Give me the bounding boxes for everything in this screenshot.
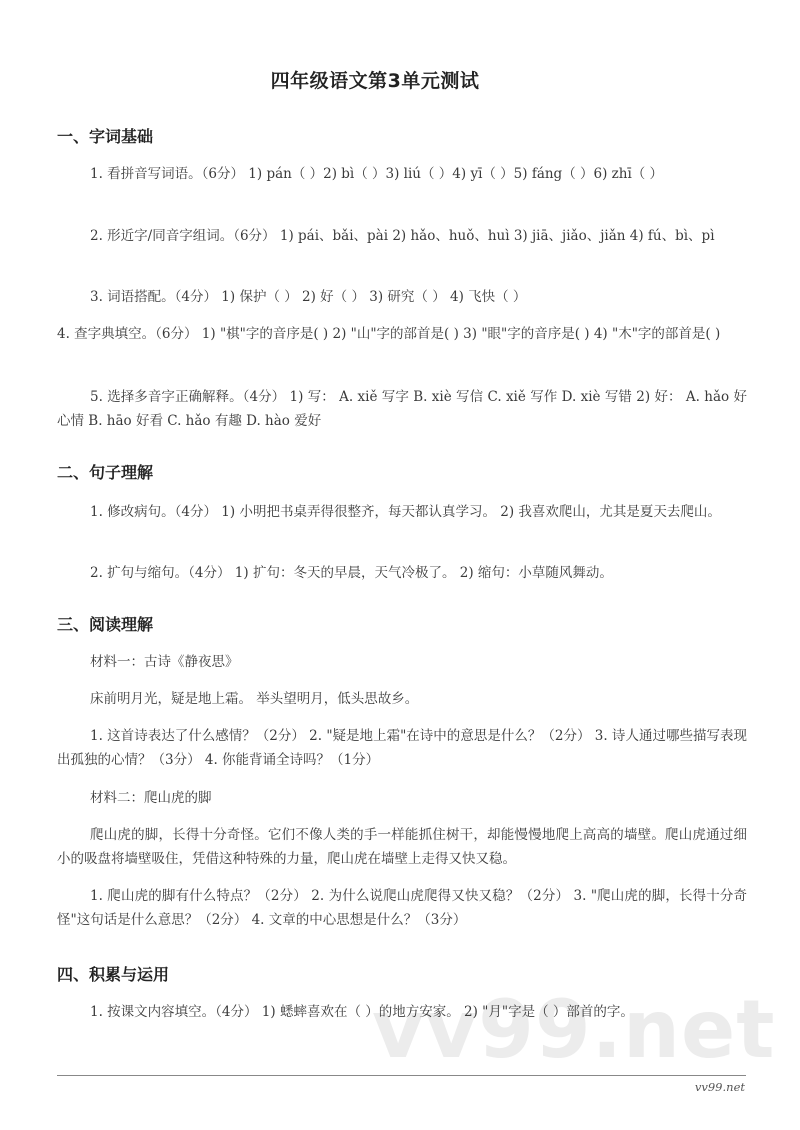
question-4-1: 1. 按课文内容填空。（4分） 1) 蟋蟀喜欢在（ ）的地方安家。 2) "月"… [57,1000,747,1024]
material-2-questions: 1. 爬山虎的脚有什么特点？（2分） 2. 为什么说爬山虎爬得又快又稳？（2分）… [57,884,747,932]
page-title: 四年级语文第3单元测试 [0,66,750,93]
question-2-1: 1. 修改病句。（4分） 1) 小明把书桌弄得很整齐，每天都认真学习。 2) 我… [57,500,747,524]
material-1-questions: 1. 这首诗表达了什么感情？（2分） 2. "疑是地上霜"在诗中的意思是什么？（… [57,724,747,772]
section-heading-2: 二、句子理解 [57,460,153,483]
question-1-4: 4. 查字典填空。（6分） 1) "棋"字的音序是( ) 2) "山"字的部首是… [57,322,747,346]
question-1-3: 3. 词语搭配。（4分） 1) 保护（ ） 2) 好（ ） 3) 研究（ ） 4… [57,285,747,309]
question-1-1: 1. 看拼音写词语。（6分） 1) pán（ ）2) bì（ ）3) liú（ … [57,162,747,186]
material-2-text: 爬山虎的脚，长得十分奇怪。它们不像人类的手一样能抓住树干，却能慢慢地爬上高高的墙… [57,823,747,871]
material-2-label: 材料二：爬山虎的脚 [57,786,747,810]
footer-site-label: vv99.net [695,1080,745,1094]
question-1-2: 2. 形近字/同音字组词。（6分） 1) pái、bǎi、pài 2) hǎo、… [57,224,747,248]
section-heading-4: 四、积累与运用 [57,962,169,985]
question-1-5: 5. 选择多音字正确解释。（4分） 1) 写： A. xiě 写字 B. xiè… [57,385,747,433]
material-1-label: 材料一：古诗《静夜思》 [57,650,747,674]
section-heading-3: 三、阅读理解 [57,612,153,635]
material-1-text: 床前明月光，疑是地上霜。 举头望明月，低头思故乡。 [57,687,747,711]
footer-divider [57,1075,746,1076]
section-heading-1: 一、字词基础 [57,124,153,147]
question-2-2: 2. 扩句与缩句。（4分） 1) 扩句：冬天的早晨，天气冷极了。 2) 缩句：小… [57,561,747,585]
